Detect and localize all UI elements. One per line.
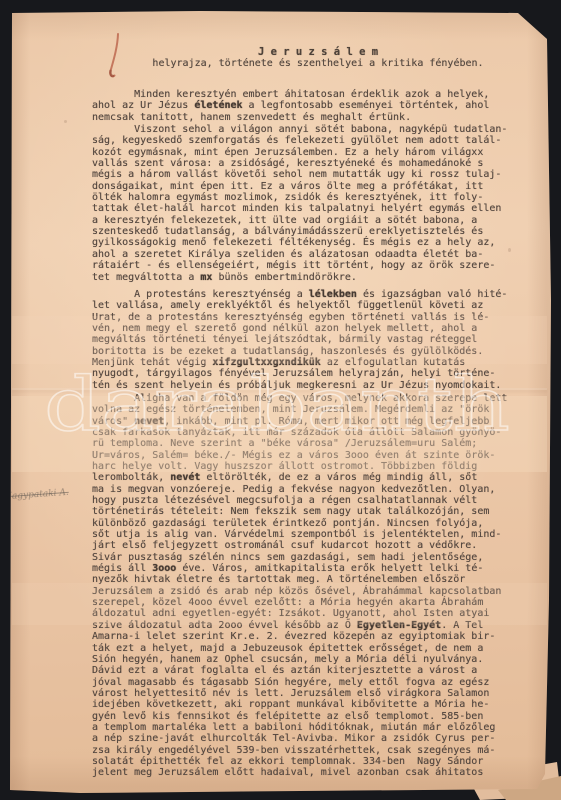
typed-text: ölték halomra egymást mozlimok, zsidók é…	[92, 192, 483, 203]
typed-text: történetirás tételeit: Nem fekszik sem n…	[92, 506, 489, 517]
typed-text: ahol a szeretet Királya szeliden és aláz…	[92, 249, 483, 260]
typed-line: ölték halomra egymást mozlimok, zsidók é…	[92, 192, 544, 203]
typed-line: boritotta is be ezeket a tudatlanság, ha…	[92, 346, 544, 357]
typed-text: mégis áll	[92, 563, 152, 574]
overstruck-text: mx	[200, 272, 212, 283]
typed-line: Sivár pusztaság szélén nincs sem gazdasá…	[92, 552, 544, 563]
typed-line: ahol az Ur Jézus életének a legfontosabb…	[92, 100, 544, 111]
typed-line: szive áldozatul adta 2ooo évvel később a…	[92, 620, 544, 631]
typed-text: . A Tel	[441, 620, 483, 631]
paper-speck	[64, 120, 67, 123]
typed-text: város"	[92, 416, 134, 427]
overstruck-text: xifzgultxxgxndikük	[212, 357, 320, 368]
typed-line: solatát épithették fel az ekkori templom…	[92, 756, 544, 767]
overstruck-text: nevet	[134, 416, 164, 427]
typed-line: tet megváltotta a mx bünös embertmindörö…	[92, 272, 544, 283]
typed-line: a keresztyén felekezetek, itt ülte vad o…	[92, 215, 544, 226]
typed-line: jelent meg Jeruzsálem előtt hadaival, mi…	[92, 767, 544, 778]
typed-line: Jeruzsálem a zsidó és arab nép közös ősé…	[92, 586, 544, 597]
typed-text: megváltás történeti tényei lejátszódtak,…	[92, 334, 477, 345]
typed-text: a nép szine-javát elhurcolták Tel-Avivba…	[92, 733, 495, 744]
typed-text: A protestáns keresztyénség a	[92, 289, 309, 300]
typed-text: eltörölték, de ez a város még mindig áll…	[200, 472, 477, 483]
typed-line: zsa király engedélyével 539-ben visszaté…	[92, 745, 544, 756]
typed-line: gyilkosságokig menő felekezeti féltékeny…	[92, 237, 544, 248]
typed-line: sőt utja is alig van. Várvédelmi szempon…	[92, 529, 544, 540]
page-title: J e r u z s á l e m	[92, 46, 544, 58]
typed-text: donságaikat, mint épen itt. Ez a város ö…	[92, 181, 483, 192]
typed-line: Viszont sehol a világon annyi sötét babo…	[92, 124, 544, 135]
typed-text: szenteskedő tudatlanság, a bálványimádás…	[92, 226, 483, 237]
typed-text: nemcsak tanitott, hanem szenvedett és me…	[92, 112, 411, 123]
typed-line: Amarna-i lelet szerint Kr.e. 2. évezred …	[92, 631, 544, 642]
paragraph: A protestáns keresztyénség a lélekben és…	[92, 289, 544, 391]
typed-text: járt első feljegyzett ostrománál csuf ku…	[92, 540, 477, 551]
typed-text: gyén levő kis fennsikot és felépitette a…	[92, 711, 483, 722]
overstruck-text: 3ooo	[152, 563, 176, 574]
typed-line: nyezők hivtak életre és tartottak meg. A…	[92, 574, 544, 585]
typed-text: Dávid ezt a várat foglalta el és aztán k…	[92, 665, 477, 676]
typed-line: Sión hegyén, hanem az Ophel csucsán, mel…	[92, 654, 544, 665]
typed-line: rátaiért - és ellenségeiért, mégis itt t…	[92, 260, 544, 271]
typed-line: járt első feljegyzett ostrománál csuf ku…	[92, 540, 544, 551]
typed-text: áldozatul adni egyetlen-egyét: Izsákot. …	[92, 608, 489, 619]
typed-text: tet megváltotta a	[92, 272, 200, 283]
typed-line: lerombolták, nevét eltörölték, de ez a v…	[92, 472, 544, 483]
typed-line: hogy puszta létezésével megcsufolja a ré…	[92, 495, 544, 506]
typed-text: a templom martaléka lett a babiloni hódi…	[92, 722, 495, 733]
typed-content: J e r u z s á l e m helyrajza, története…	[92, 46, 544, 779]
typed-text: és igazságban való hité-	[357, 289, 508, 300]
typed-text: szive áldozatul adta 2ooo évvel később a…	[92, 620, 357, 631]
overstruck-text: életének	[194, 100, 242, 111]
paragraph: Aligha van a földön még egy város, melyn…	[92, 393, 544, 779]
typed-text: tattak élet-halál harcot minden kis talp…	[92, 203, 501, 214]
typed-line: Minden keresztyén embert áhitatosan érde…	[92, 89, 544, 100]
overstruck-text: Egyetlen-Egyét	[357, 620, 441, 631]
typed-line: harc helye volt. Vagy huszszor állott os…	[92, 461, 544, 472]
typed-text: ma is megvan vonzóereje. Pedig a fekvése…	[92, 484, 495, 495]
typed-text: let vallása, amely ereklyéktől és helyek…	[92, 300, 483, 311]
typed-text: kozót egymásnak, mint épen Jeruzsálemben…	[92, 147, 483, 158]
typed-text: Viszont sehol a világon annyi sötét babo…	[92, 124, 507, 135]
typed-line: mégis áll 3ooo éve. Város, amitkapitalis…	[92, 563, 544, 574]
typed-text: ahol az Ur Jézus	[92, 100, 194, 111]
typed-text: rátaiért - és ellenségeiért, mégis itt t…	[92, 260, 495, 271]
typed-text: nyezők hivtak életre és tartottak meg. A…	[92, 574, 465, 585]
typed-text: a legfontosabb eseményei történtek, ahol	[243, 100, 490, 111]
typed-text: Aligha van a földön még egy város, melyn…	[92, 393, 507, 404]
typed-line: Dávid ezt a várat foglalta el és aztán k…	[92, 665, 544, 676]
typed-text: szerepel, közel 4ooo évvel ezelőtt: a Mó…	[92, 597, 483, 608]
typed-text: mégis a három vallást követői sehol nem …	[92, 169, 501, 180]
typed-text: vallás szent városa: a zsidóságé, keresz…	[92, 158, 483, 169]
typed-line: szenteskedő tudatlanság, a bálványimádás…	[92, 226, 544, 237]
typed-text: zsa király engedélyével 539-ben visszaté…	[92, 745, 495, 756]
typed-text: , inkább, mint pl. Róma, mert mikor ott …	[164, 416, 489, 427]
typed-text: Jeruzsálem a zsidó és arab nép közös ősé…	[92, 586, 501, 597]
photo-background: J e r u z s á l e m helyrajza, története…	[0, 0, 561, 800]
typed-text: vén, nem megy el szerető gond nélkül azo…	[92, 323, 477, 334]
typed-text: sőt utja is alig van. Várvédelmi szempon…	[92, 529, 501, 540]
typed-text: ság, kegyeskedő szemforgatás és felekeze…	[92, 135, 501, 146]
page-subtitle: helyrajza, története és szenthelyei a kr…	[92, 58, 544, 70]
typed-line: kozót egymásnak, mint épen Jeruzsálemben…	[92, 147, 544, 158]
typed-text: lerombolták,	[92, 472, 170, 483]
typed-text: csak farkasok tanyáztak, itt már százado…	[92, 427, 501, 438]
typed-text: különböző gazdasági területek érintkező …	[92, 518, 483, 529]
typed-text: a keresztyén felekezetek, itt ülte vad o…	[92, 215, 477, 226]
typed-line: ma is megvan vonzóereje. Pedig a fekvése…	[92, 484, 544, 495]
typed-line: a nép szine-javát elhurcolták Tel-Avivba…	[92, 733, 544, 744]
typed-line: Ur=város, Salém= béke./- Mégis ez a váro…	[92, 450, 544, 461]
typed-line: donságaikat, mint épen itt. Ez a város ö…	[92, 181, 544, 192]
typed-line: Menjünk tehát végig xifzgultxxgxndikük a…	[92, 357, 544, 368]
typed-line: tattak élet-halál harcot minden kis talp…	[92, 203, 544, 214]
typed-line: rü temploma. Neve szerint a "béke városa…	[92, 438, 544, 449]
typed-line: ták ezt a helyet, majd a Jebuzeusok épit…	[92, 643, 544, 654]
typed-text: Sión hegyén, hanem az Ophel csucsán, mel…	[92, 654, 483, 665]
typed-line: Urat, de a protestáns keresztyénség egyb…	[92, 312, 544, 323]
typed-line: nemcsak tanitott, hanem szenvedett és me…	[92, 112, 544, 123]
typed-text: Menjünk tehát végig	[92, 357, 212, 368]
typed-line: let vallása, amely ereklyéktől és helyek…	[92, 300, 544, 311]
typed-text: gyilkosságokig menő felekezeti féltékeny…	[92, 237, 495, 248]
typed-text: Urat, de a protestáns keresztyénség egyb…	[92, 312, 489, 323]
typed-line: város" nevet, inkább, mint pl. Róma, mer…	[92, 416, 544, 427]
typed-text: hogy puszta létezésével megcsufolja a ré…	[92, 495, 477, 506]
typewritten-page: J e r u z s á l e m helyrajza, története…	[0, 0, 561, 800]
typed-line: A protestáns keresztyénség a lélekben és…	[92, 289, 544, 300]
paragraph: Minden keresztyén embert áhitatosan érde…	[92, 89, 544, 123]
typed-line: nyugodt, tárgyilagos fényével Jeruzsálem…	[92, 368, 544, 379]
typed-line: vallás szent városa: a zsidóságé, keresz…	[92, 158, 544, 169]
typed-line: mégis a három vallást követői sehol nem …	[92, 169, 544, 180]
typed-text: boritotta is be ezeket a tudatlanság, ha…	[92, 346, 483, 357]
typed-text: jóval magasabb és tágasabb Sión hegyére,…	[92, 677, 489, 688]
overstruck-text: lélekben	[309, 289, 357, 300]
typed-text: nyugodt, tárgyilagos fényével Jeruzsálem…	[92, 368, 495, 379]
typed-text: ták ezt a helyet, majd a Jebuzeusok épit…	[92, 643, 483, 654]
typed-text: harc helye volt. Vagy huszszor állott os…	[92, 461, 477, 472]
typed-line: várost helyettesitő név is lett. Jeruzsá…	[92, 688, 544, 699]
typed-text: Minden keresztyén embert áhitatosan érde…	[92, 89, 489, 100]
typed-line: jóval magasabb és tágasabb Sión hegyére,…	[92, 677, 544, 688]
typed-text: az elfogulatlan kutatás	[321, 357, 466, 368]
paragraph: Viszont sehol a világon annyi sötét babo…	[92, 124, 544, 283]
typed-line: gyén levő kis fennsikot és felépitette a…	[92, 711, 544, 722]
typed-text: volna az egész történelemben, mint Jeruz…	[92, 404, 489, 415]
typed-line: a templom martaléka lett a babiloni hódi…	[92, 722, 544, 733]
typed-text: bünös embertmindörökre.	[212, 272, 357, 283]
overstruck-text: nevét	[170, 472, 200, 483]
typed-text: éve. Város, amitkapitalista erők helyett…	[176, 563, 483, 574]
typed-line: áldozatul adni egyetlen-egyét: Izsákot. …	[92, 608, 544, 619]
typed-line: Aligha van a földön még egy város, melyn…	[92, 393, 544, 404]
typed-line: ság, kegyeskedő szemforgatás és felekeze…	[92, 135, 544, 146]
typed-line: megváltás történeti tényei lejátszódtak,…	[92, 334, 544, 345]
typed-line: volna az egész történelemben, mint Jeruz…	[92, 404, 544, 415]
typed-text: tén és szent helyein és próbáljuk megker…	[92, 380, 501, 391]
typed-line: különböző gazdasági területek érintkező …	[92, 518, 544, 529]
typed-text: Sivár pusztaság szélén nincs sem gazdasá…	[92, 552, 483, 563]
typed-line: idejében következett, aki roppant munkáv…	[92, 699, 544, 710]
typed-line: szerepel, közel 4ooo évvel ezelőtt: a Mó…	[92, 597, 544, 608]
pencil-margin-note: Nagypataki A.	[4, 486, 100, 503]
typed-text: Amarna-i lelet szerint Kr.e. 2. évezred …	[92, 631, 495, 642]
typed-line: ahol a szeretet Királya szeliden és aláz…	[92, 249, 544, 260]
typed-line: vén, nem megy el szerető gond nélkül azo…	[92, 323, 544, 334]
typed-line: történetirás tételeit: Nem fekszik sem n…	[92, 506, 544, 517]
typed-line: tén és szent helyein és próbáljuk megker…	[92, 380, 544, 391]
typed-text: rü temploma. Neve szerint a "béke városa…	[92, 438, 477, 449]
typed-text: solatát épithették fel az ekkori templom…	[92, 756, 483, 767]
typed-text: idejében következett, aki roppant munkáv…	[92, 699, 489, 710]
typed-line: csak farkasok tanyáztak, itt már százado…	[92, 427, 544, 438]
typed-text: jelent meg Jeruzsálem előtt hadaival, mi…	[92, 767, 483, 778]
typed-text: Ur=város, Salém= béke./- Mégis ez a váro…	[92, 450, 495, 461]
typed-text: várost helyettesitő név is lett. Jeruzsá…	[92, 688, 489, 699]
typed-body: Minden keresztyén embert áhitatosan érde…	[92, 89, 544, 779]
